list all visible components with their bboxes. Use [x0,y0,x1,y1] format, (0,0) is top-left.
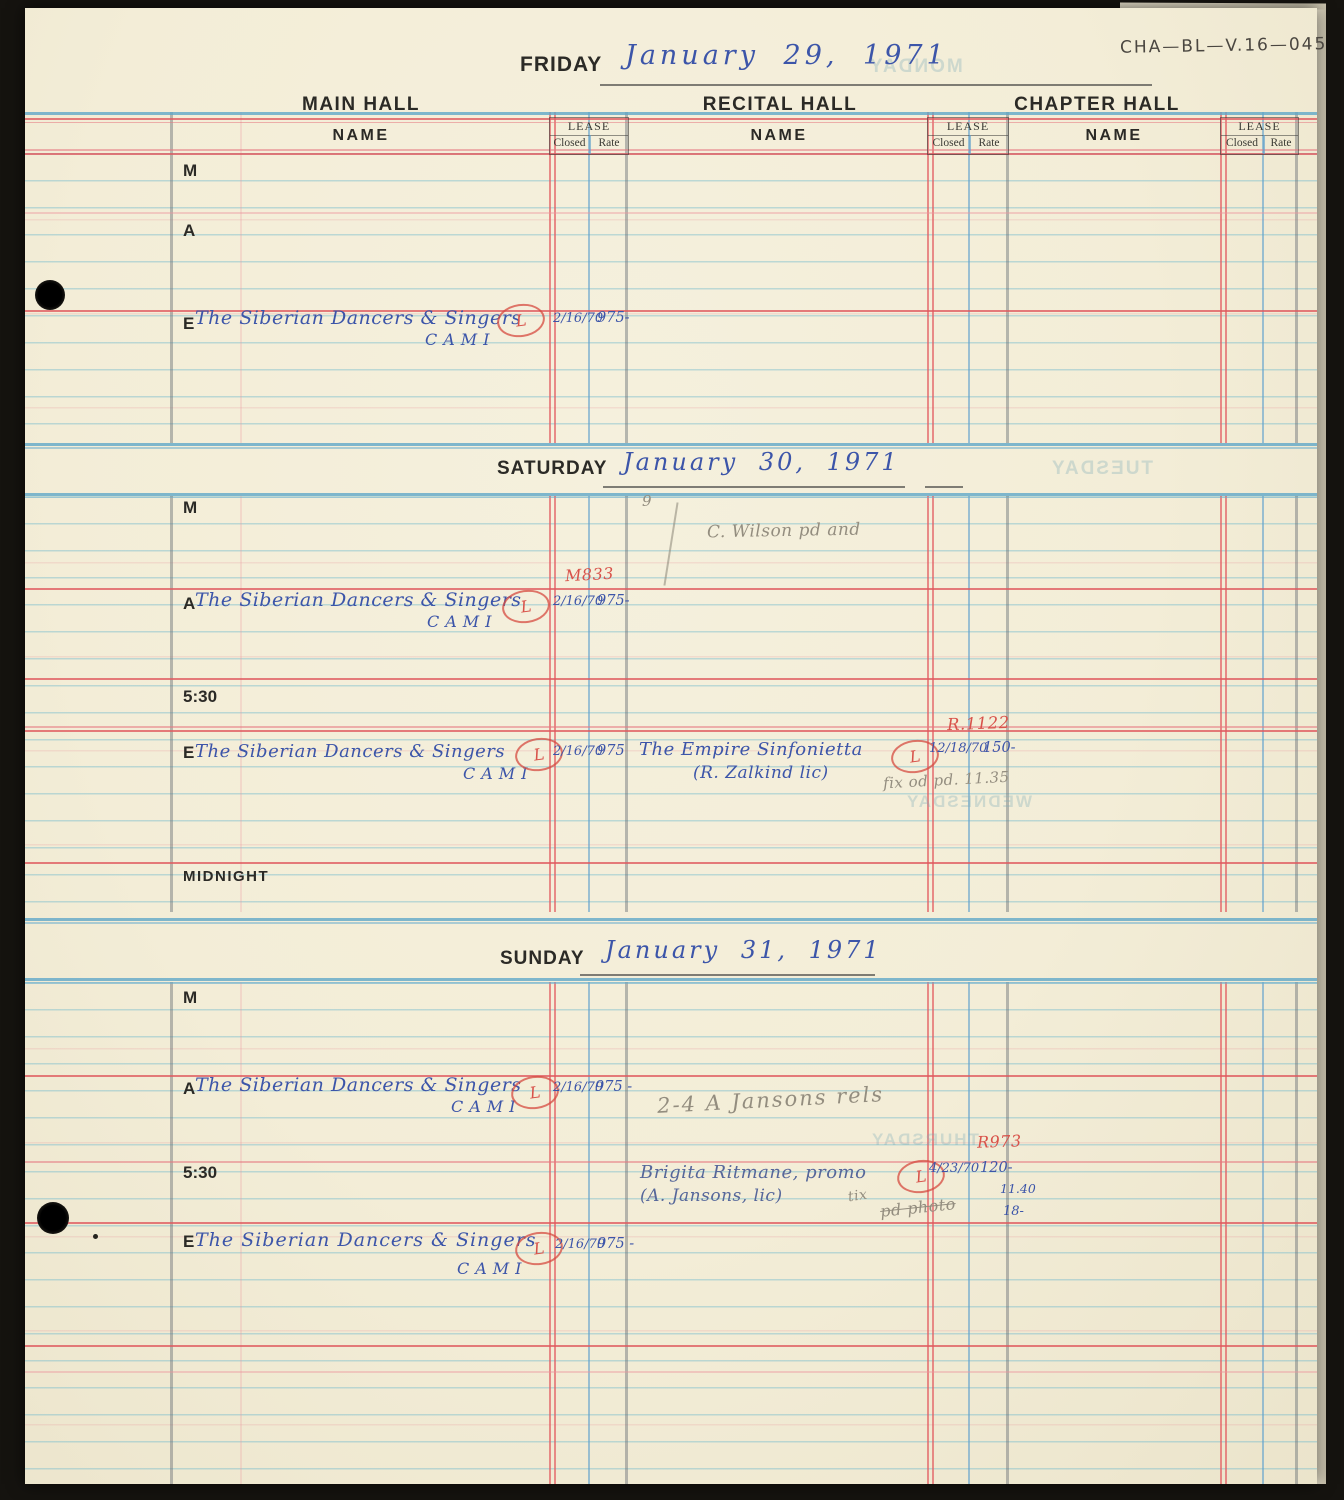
rate-value: 150- [983,740,1016,756]
rate-value: 975 [597,743,625,759]
closed-date: 2/16/70 [553,744,603,759]
entry-agency: CAMI [425,330,496,349]
date-friday: January 29, 1971 [625,40,948,71]
row-label-e: E [183,743,194,763]
rate-value: 975- [597,593,630,609]
rule-line [25,497,1317,499]
ref-number: R.1122 [947,713,1010,734]
rate-value: 975- [597,310,630,326]
rule-line [25,493,1317,496]
day-title-saturday: SATURDAY [497,458,607,480]
rule-line [25,1371,1317,1373]
name-header-main: NAME [332,127,389,145]
rate-header: Rate [590,137,628,149]
row-label-m: M [183,498,197,518]
hole-punch-bottom [37,1202,69,1234]
row-label-midnight: MIDNIGHT [183,868,269,885]
entry-agency: CAMI [427,612,498,631]
rule-line [25,118,1317,120]
under-sheet-edge [1317,6,1326,1484]
closed-date: 4/23/70 [929,1161,979,1176]
rate-header: Rate [970,137,1008,149]
entry-name: The Empire Sinfonietta [639,739,863,760]
row-label-530: 5:30 [183,1163,217,1183]
ghost-wednesday: WEDNESDAY [905,792,1032,812]
day-title-friday: FRIDAY [520,53,602,77]
rate-value-2: 11.40 [1000,1181,1036,1196]
hole-punch-top [35,280,65,310]
archive-code: CHA—BL—V.16—045 [1120,34,1328,58]
rule-line [25,443,1317,446]
hall-title-main: MAIN HALL [302,94,420,116]
row-label-e: E [183,1232,194,1252]
ghost-thursday: THURSDAY [870,1130,979,1150]
entry-name: The Siberian Dancers & Singers [195,741,505,762]
rule-line [25,730,1317,732]
ledger-page: MONDAY TUESDAY WEDNESDAY THURSDAY CHA—BL… [25,8,1317,1484]
row-label-530: 5:30 [183,687,217,707]
scan-background: MONDAY TUESDAY WEDNESDAY THURSDAY CHA—BL… [0,0,1344,1500]
entry-agency: CAMI [451,1097,522,1116]
rate-header: Rate [1264,137,1298,149]
row-label-m: M [183,161,197,181]
closed-header: Closed [550,137,589,149]
date-underline-saturday-dash [925,486,963,488]
closed-header: Closed [1221,137,1263,149]
closed-header: Closed [928,137,969,149]
ref-number: M833 [565,564,615,586]
date-underline-friday [600,84,1152,86]
entry-name: The Siberian Dancers & Singers [195,1074,522,1096]
lease-header-chapter: LEASE Closed Rate [1220,117,1299,155]
pencil-note: tix [847,1187,869,1206]
row-label-m: M [183,988,197,1008]
lease-header-main: LEASE Closed Rate [549,117,629,155]
rate-value: 975 - [597,1236,634,1252]
date-sunday: January 31, 1971 [605,936,882,964]
closed-date: 2/16/70 [553,311,603,326]
row-label-a: A [183,221,195,241]
rate-value-3: 18- [1003,1204,1024,1219]
entry-name: The Siberian Dancers & Singers [195,589,522,611]
entry-agency: (R. Zalkind lic) [693,763,829,783]
ref-number: R973 [977,1131,1022,1152]
column-lines-saturday [25,496,1317,912]
name-header-recital: NAME [750,127,807,145]
rate-value: 975 - [595,1079,632,1095]
rule-line [25,1345,1317,1347]
row-label-a: A [183,594,195,614]
rule-line [25,918,1317,921]
closed-date: 2/16/70 [553,594,603,609]
rule-line [25,1222,1317,1224]
date-underline-saturday [603,486,905,488]
entry-agency: CAMI [457,1259,528,1278]
rule-line [25,982,1317,984]
date-saturday: January 30, 1971 [623,448,900,476]
rule-line [25,122,1317,124]
date-underline-sunday [580,974,875,976]
entry-name: The Siberian Dancers & Singers [195,1229,537,1251]
entry-agency: (A. Jansons, lic) [640,1186,783,1206]
rule-line [25,212,1317,214]
rule-line [25,149,1317,151]
rule-line [25,978,1317,981]
rule-line [25,922,1317,924]
entry-name: Brigita Ritmane, promo [640,1162,866,1183]
column-lines-friday [25,112,1317,443]
ghost-tuesday: TUESDAY [1050,458,1153,480]
hall-title-recital: RECITAL HALL [703,94,858,116]
pencil-note: C. Wilson pd and [707,520,861,543]
rule-line [25,726,1317,728]
row-label-e: E [183,314,194,334]
hall-title-chapter: CHAPTER HALL [1014,94,1180,116]
pencil-mark: 9 [642,492,652,510]
rule-line [25,678,1317,680]
name-header-chapter: NAME [1085,127,1142,145]
closed-date: 12/18/70 [929,741,987,756]
day-title-sunday: SUNDAY [500,948,585,970]
rate-value: 120- [980,1160,1013,1176]
rule-line [25,862,1317,864]
lease-header-recital: LEASE Closed Rate [927,117,1009,155]
ink-speck [93,1234,98,1239]
row-label-a: A [183,1079,195,1099]
entry-name: The Siberian Dancers & Singers [195,307,522,329]
rule-line [25,153,1317,155]
